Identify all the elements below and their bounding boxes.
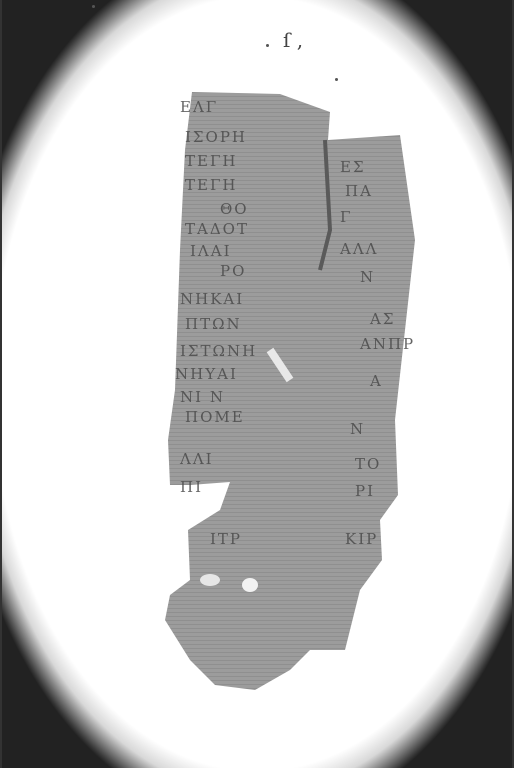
ink-mark: ſ , (283, 28, 303, 52)
text-line: Α (370, 372, 383, 390)
text-line: ΠΙ (180, 478, 203, 496)
text-line: ΛΛΙ (180, 450, 214, 468)
text-line: Ν (360, 268, 375, 286)
text-line: ΠΤΩΝ (185, 315, 242, 333)
text-line: ΘΟ (220, 200, 249, 218)
text-line: ΤΕΓΗ (185, 152, 237, 170)
text-line: ΠΟΜΕ (185, 408, 245, 426)
text-line: ΙΣΤΩΝΗ (180, 342, 257, 360)
text-line: ΝΗΚΑΙ (180, 290, 244, 308)
papyrus-fragment: ΕΛΓ ΙΣΟΡΗ ΤΕΓΗ ΤΕΓΗ ΘΟ ΤΑΔΟΤ ΙΛΑΙ ΡΟ ΝΗΚ… (160, 90, 420, 700)
text-line: ΑΝΠΡ (360, 335, 415, 353)
speck (266, 44, 269, 47)
text-line: ΕΣ (340, 158, 366, 176)
speck (92, 5, 95, 8)
text-line: ΙΤΡ (210, 530, 242, 548)
text-line: Ν (350, 420, 365, 438)
speck (335, 78, 338, 81)
text-line: ΑΛΛ (340, 240, 379, 258)
text-line: Γ (340, 208, 352, 226)
text-line: ΡΟ (220, 262, 246, 280)
text-line: ΝΙ Ν (180, 388, 225, 406)
text-line: ΠΑ (345, 182, 373, 200)
left-border (0, 0, 2, 768)
text-line: ΝΗΥΑΙ (175, 365, 238, 383)
text-line: ΑΣ (370, 310, 395, 328)
text-line: ΡΙ (355, 482, 375, 500)
text-line: ΤΕΓΗ (185, 176, 237, 194)
text-line: ΚΙΡ (345, 530, 378, 548)
text-line: ΙΣΟΡΗ (185, 128, 247, 146)
text-line: ΤΑΔΟΤ (185, 220, 249, 238)
text-line: ΙΛΑΙ (190, 242, 232, 260)
text-line: ΕΛΓ (180, 98, 218, 116)
text-line: ΤΟ (355, 455, 381, 473)
